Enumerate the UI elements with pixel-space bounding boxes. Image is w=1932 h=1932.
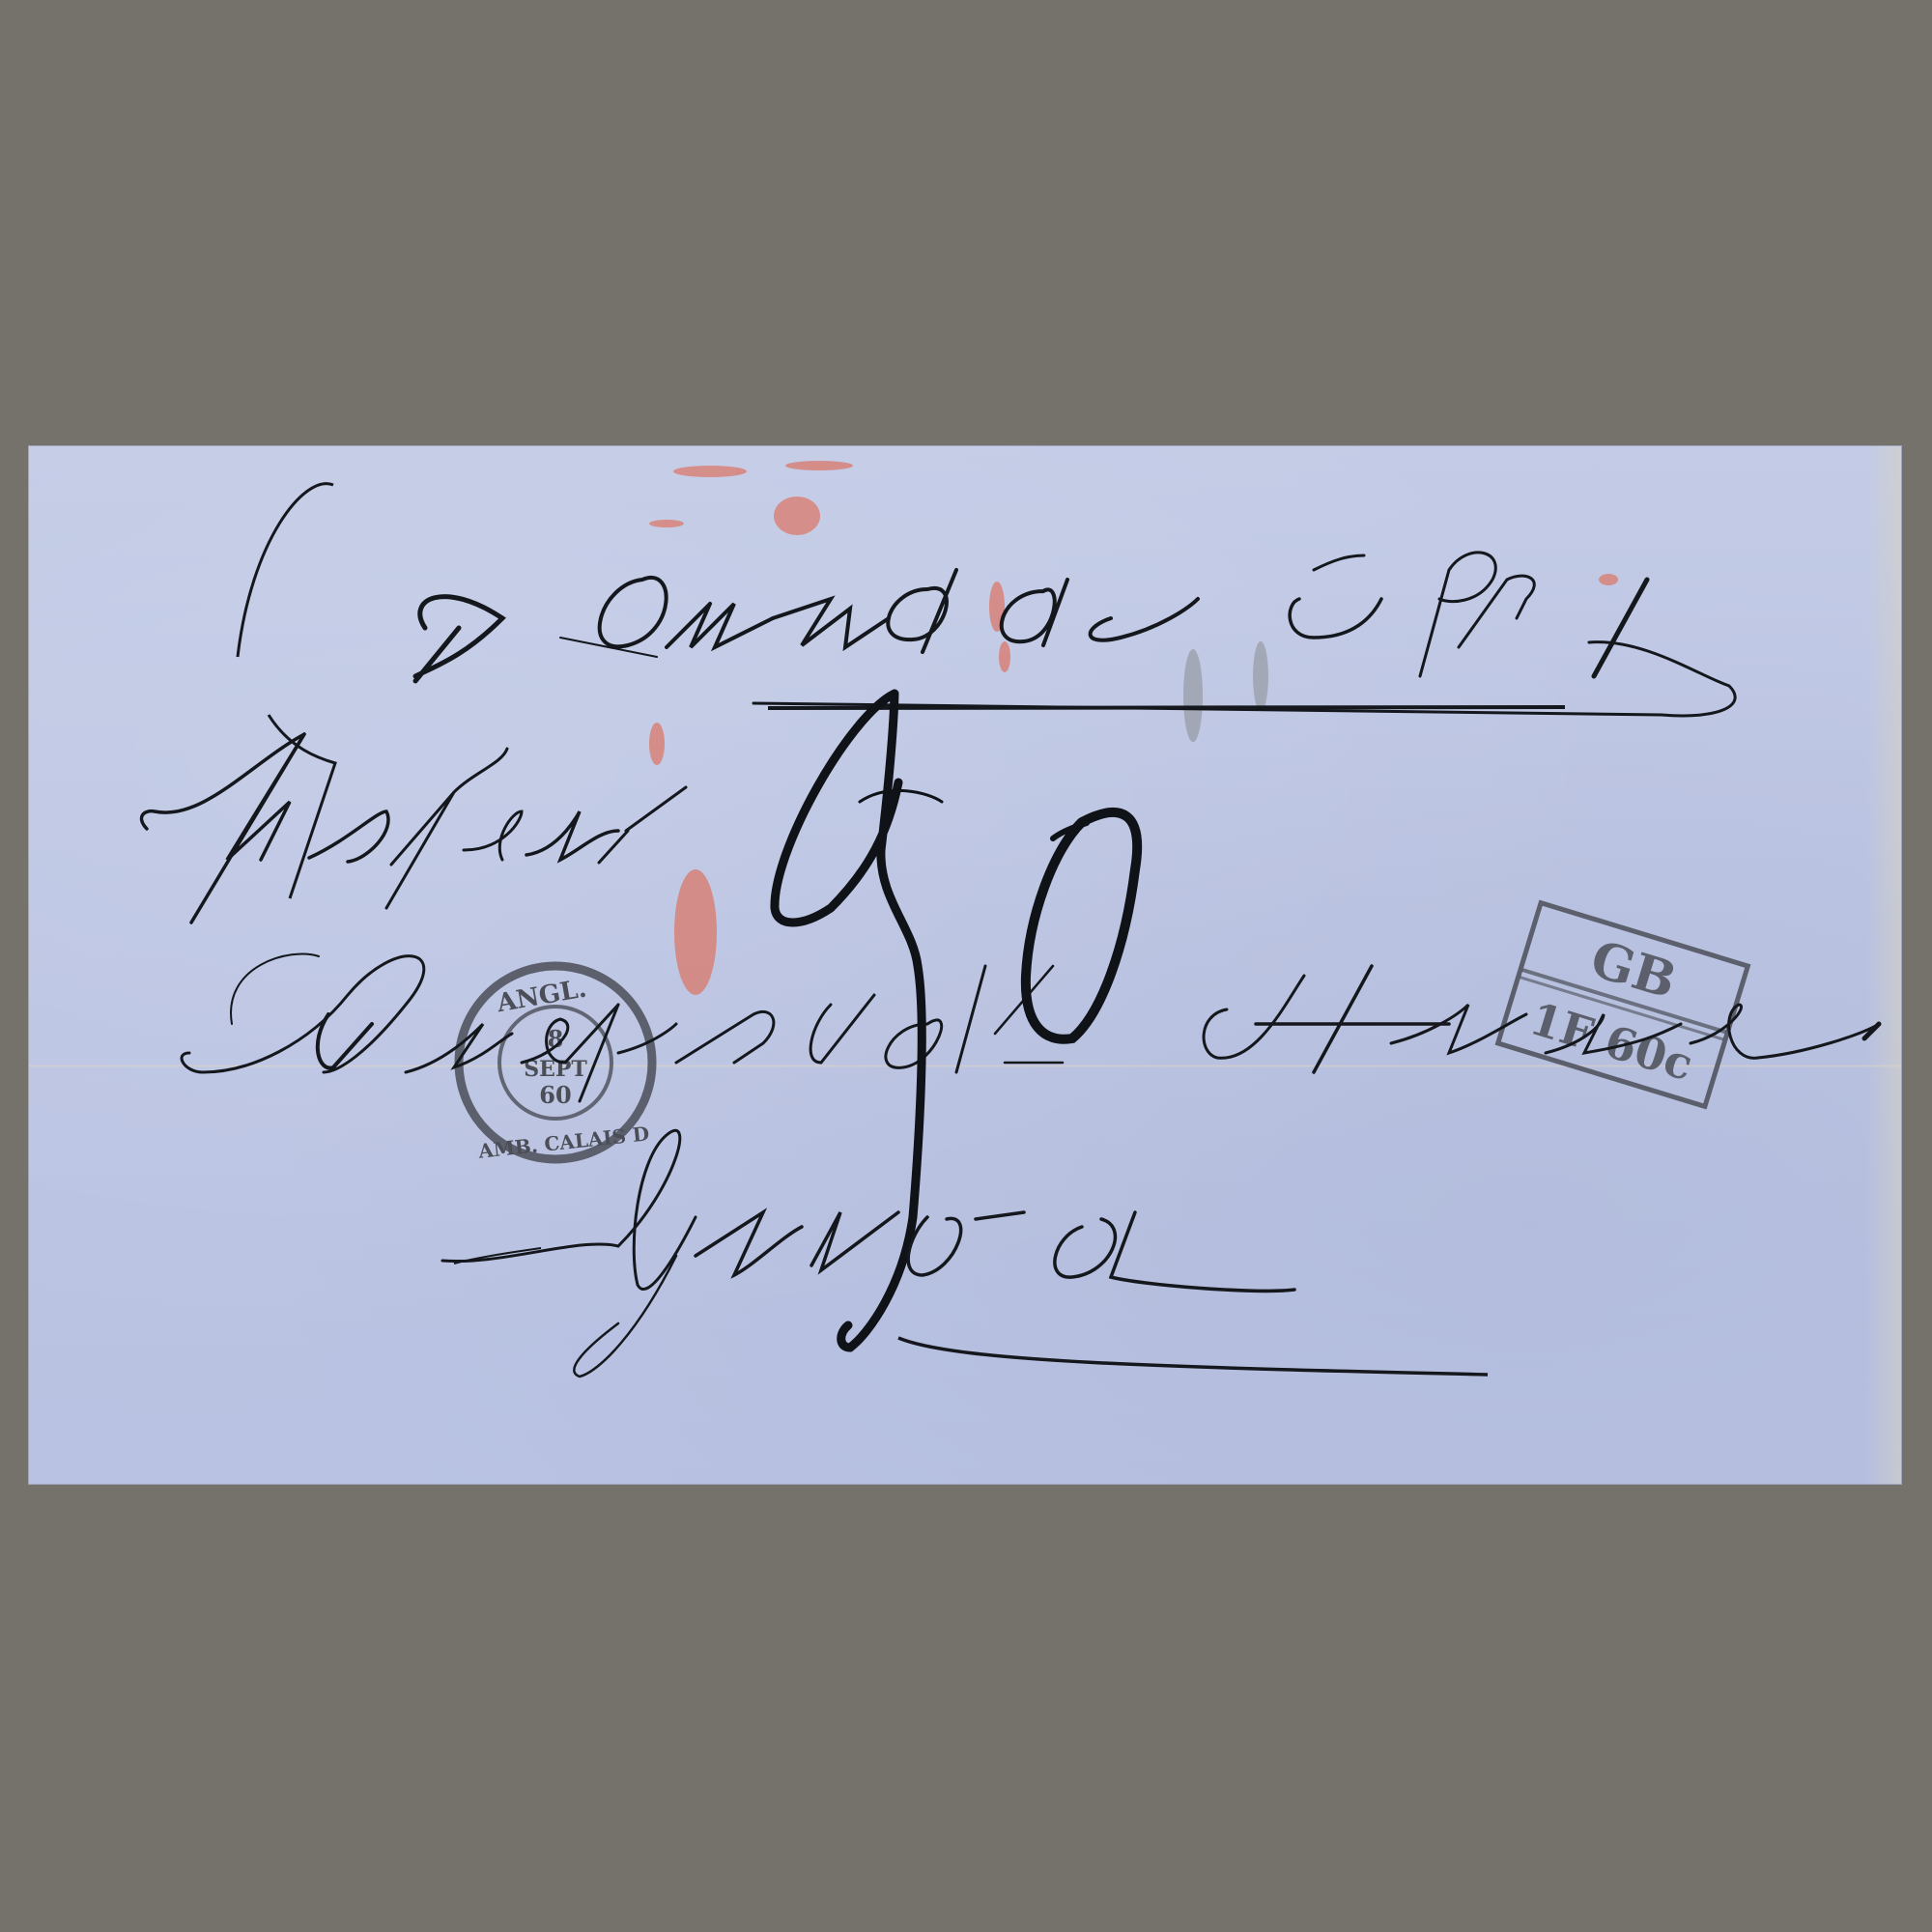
- routing-line: [415, 553, 1735, 716]
- destination-line: [442, 1130, 1294, 1377]
- destination-underline: [898, 1338, 1488, 1375]
- ink-stains: [1183, 641, 1268, 742]
- salutation-line: [142, 734, 686, 923]
- routing-underline: [768, 707, 1565, 708]
- cover-markings: ANGL. 8 SEPT 60 AMB. CALAIS D GB 1F 60c: [0, 0, 1932, 1932]
- destination-underline-left: [454, 1248, 541, 1264]
- boxed-accountancy-mark: GB 1F 60c: [1498, 903, 1748, 1107]
- datestamp-year: 60: [539, 1081, 571, 1109]
- red-ink-traces: [649, 461, 1618, 995]
- circular-datestamp: ANGL. 8 SEPT 60 AMB. CALAIS D: [459, 966, 652, 1163]
